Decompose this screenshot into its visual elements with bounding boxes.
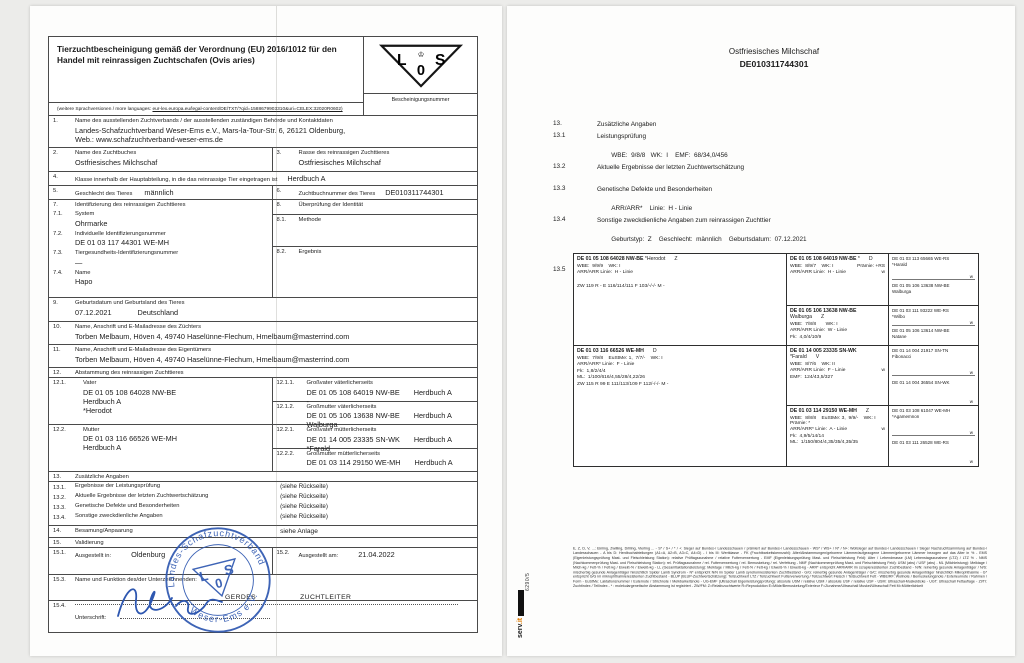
birth-type-code: Z bbox=[674, 256, 677, 262]
gp-premium: Prämie: +RS bbox=[857, 264, 885, 269]
r-field-13-1: 13.1 Leistungsprüfung WBE: 9/8/8 WK: I E… bbox=[553, 132, 989, 160]
field-number: 7.4. bbox=[49, 268, 75, 288]
birth-type-code: Z bbox=[866, 408, 869, 414]
servit-logo-text: serv bbox=[517, 624, 524, 638]
field-studbook-name: 2. Name des Zuchtbuches Ostfriesisches M… bbox=[49, 148, 272, 171]
handwritten-signature bbox=[112, 578, 242, 626]
field-number: 13. bbox=[553, 120, 597, 129]
field-issuer: 1. Name des ausstellenden Zuchtverbands … bbox=[49, 115, 477, 147]
gp-fk: Fk: 4,9/5/14/14 bbox=[790, 434, 824, 439]
issued-on-label: Ausgestellt am: bbox=[299, 553, 339, 559]
field-number: 8.2. bbox=[273, 247, 299, 296]
perf-test-label: Leistungsprüfung bbox=[597, 133, 646, 140]
breed-title: Ostfriesisches Milchschaf bbox=[533, 47, 1015, 56]
birth-country: Deutschland bbox=[138, 308, 179, 317]
issued-in-label: Ausgestellt in: bbox=[75, 553, 111, 559]
w-flag: w bbox=[881, 368, 885, 373]
ggp-cell: DE 01 05 106 13614 NW-BENatane bbox=[892, 326, 975, 344]
dam-performance-cell: DE 01 03 116 66526 WE-MHD WBE: 7/9/8 EuS… bbox=[574, 346, 786, 466]
gp-maternal-sire-cell: 12.2.1. Großvater mütterlicherseits DE 0… bbox=[273, 425, 477, 449]
field-number: 13.2 bbox=[553, 163, 597, 172]
breeder-label: Name, Anschrift und E-Mailadresse des Zü… bbox=[75, 324, 474, 330]
signatory-role: ZUCHTLEITER bbox=[300, 594, 351, 601]
gp-genotype: ARR/ARR Linie: W - Linie bbox=[790, 328, 847, 333]
gp-label: Großmutter mütterlicherseits bbox=[307, 451, 474, 457]
genetic-defects-value: ARR/ARR* Linie: H - Linie bbox=[611, 205, 692, 212]
gp-ml: ML: 1/150/804/4,35/35/4,35/35 bbox=[790, 440, 858, 445]
sire-performance-cell: DE 01 05 108 64028 NW-BE *HerodotZ WBE: … bbox=[574, 254, 786, 346]
perf-test-label: Ergebnisse der Leistungsprüfung bbox=[75, 483, 280, 491]
genetic-defects-label: Genetische Defekte und Besonderheiten bbox=[597, 186, 712, 193]
logo-letter-l: L bbox=[396, 52, 406, 69]
gp1-cell: DE 01 05 108 64019 NW-BE *D WBE: 8/9/7 W… bbox=[787, 254, 888, 306]
birth-label: Geburtsdatum und Geburtsland des Tieres bbox=[75, 300, 474, 306]
r-field-13: 13.Zusätzliche Angaben bbox=[553, 120, 989, 129]
field-number: 7. bbox=[49, 200, 75, 209]
gp-wbe: WBE: 8/7/6 WK: II bbox=[790, 362, 835, 367]
identity-check-block: 8. Überprüfung der Identität 8.1. Method… bbox=[272, 200, 477, 297]
field-number: 15.2. bbox=[273, 548, 299, 574]
ggp-name: *Wilbo bbox=[892, 314, 975, 319]
servit-logo: serv.it bbox=[517, 590, 524, 638]
sire-name: *Herodot bbox=[645, 256, 665, 262]
dam-id: DE 01 03 116 66526 WE-MH bbox=[577, 348, 644, 354]
field-number: 12. bbox=[49, 368, 75, 377]
servit-logo-suffix: .it bbox=[517, 618, 524, 624]
breeder-value: Torben Melbaum, Höven 4, 49740 Haselünne… bbox=[75, 332, 474, 341]
field-13-4: 13.4.Sonstige zweckdienliche Angaben(sie… bbox=[49, 512, 477, 522]
sire-id: DE 01 05 108 64028 NW-BE bbox=[83, 388, 269, 397]
sire-book: Herdbuch A bbox=[83, 397, 269, 406]
health-id-label: Tiergesundheits-Identifizierungsnummer bbox=[75, 250, 269, 256]
certificate-back-page: Ostfriesisches Milchschaf DE010311744301… bbox=[507, 6, 1015, 656]
loes-triangle-logo: L S ♔ 0 bbox=[377, 39, 465, 91]
dam-genotype: ARR/ARR* Linie: F - Linie bbox=[577, 362, 634, 367]
perf-test-value: WBE: 9/8/8 WK: I EMF: 68/34,0/456 bbox=[611, 152, 728, 159]
gp2-cell: DE 01 05 106 13638 NW-BE WalburgaZ WBE: … bbox=[787, 306, 888, 346]
ggp-id: DE 01 05 106 13638 NW-BE bbox=[892, 283, 975, 288]
gp-maternal-dam-cell: 12.2.2. Großmutter mütterlicherseits DE … bbox=[273, 449, 477, 472]
gp-paternal-sire-cell: 12.1.1. Großvater väterlicherseits DE 01… bbox=[273, 378, 477, 402]
studbook-no-label: Zuchtbuchnummer des Tieres bbox=[299, 191, 376, 197]
gp-name: *Farald bbox=[790, 354, 807, 360]
gp-label: Großvater väterlicherseits bbox=[307, 380, 474, 386]
gp-paternal-dam-cell: 12.1.2. Großmutter väterlicherseits DE 0… bbox=[273, 402, 477, 426]
method-label: Methode bbox=[299, 217, 474, 223]
field-owner: 11. Name, Anschrift und E-Mailadresse de… bbox=[49, 344, 477, 367]
field-birth: 9. Geburtsdatum und Geburtsland des Tier… bbox=[49, 297, 477, 321]
breed-value: Ostfriesisches Milchschaf bbox=[299, 158, 474, 167]
field-13-2: 13.2.Aktuelle Ergebnisse der letzten Zuc… bbox=[49, 492, 477, 502]
ggp-id: DE 01 03 108 61047 WE-MH bbox=[892, 408, 975, 413]
field-number: 4. bbox=[49, 172, 75, 185]
ggp-id: DE 01 14 004 36554 SN-WK bbox=[892, 380, 975, 385]
field-breeder: 10. Name, Anschrift und E-Mailadresse de… bbox=[49, 321, 477, 344]
servit-logo-bar bbox=[518, 590, 524, 616]
gp-genotype: ARR/ARR Linie: H - Linie bbox=[790, 270, 846, 275]
gp-id: DE 01 05 108 64019 NW-BE bbox=[790, 256, 857, 262]
health-id-value: — bbox=[75, 258, 269, 267]
ggp-cell: DE 01 03 111 93222 WE-RS*Wilbow bbox=[892, 308, 975, 326]
certificate-number-label: Bescheinigungsnummer bbox=[364, 93, 477, 109]
dam-ml: ML: 1/100/616/4,55/28/4,22/26 bbox=[577, 375, 645, 380]
sex-value: männlich bbox=[144, 188, 173, 197]
field-number: 15.1. bbox=[49, 548, 75, 574]
association-logo: L S ♔ 0 bbox=[364, 37, 477, 93]
field-number: 13.1. bbox=[49, 483, 75, 491]
gp-label: Großvater mütterlicherseits bbox=[307, 427, 474, 433]
field-number: 13.3 bbox=[553, 185, 597, 213]
breeding-value-label: Aktuelle Ergebnisse der letzten Zuchtwer… bbox=[597, 163, 989, 172]
owner-label: Name, Anschrift und E-Mailadresse des Ei… bbox=[75, 347, 474, 353]
gp-name: * bbox=[858, 256, 860, 262]
dam-id: DE 01 03 116 66526 WE-MH bbox=[83, 434, 269, 443]
identification-block: 7. Identifizierung des reinrassigen Zuch… bbox=[49, 200, 272, 297]
ggp-cell: DE 01 14 004 36554 SN-WKw bbox=[892, 376, 975, 404]
field-number: 14. bbox=[49, 526, 75, 537]
owner-value: Torben Melbaum, Höven 4, 49740 Haselünne… bbox=[75, 355, 474, 364]
dam-cell: 12.2. Mutter DE 01 03 116 66526 WE-MH He… bbox=[49, 425, 272, 472]
ggp-cell: DE 01 14 004 21917 SN-TNFibonacciw bbox=[892, 348, 975, 376]
see-reverse: (siehe Rückseite) bbox=[280, 493, 477, 501]
class-label: Klasse innerhalb der Hauptabteilung, in … bbox=[75, 177, 277, 183]
sire-id: DE 01 05 108 64028 NW-BE bbox=[577, 256, 644, 262]
animal-name-value: Hapo bbox=[75, 277, 269, 286]
ggp-name: *Harald bbox=[892, 262, 975, 267]
ggp-name: Natane bbox=[892, 334, 975, 339]
sire-label: Vater bbox=[83, 380, 269, 386]
additional-info-header: 13. Zusätzliche Angaben bbox=[49, 471, 477, 481]
gp-genotype: ARR/ARR Linie: F - Linie bbox=[790, 368, 845, 373]
field-number: 11. bbox=[49, 345, 75, 367]
identification-label: Identifizierung des reinrassigen Zuchtti… bbox=[75, 202, 269, 208]
field-number: 15.4. bbox=[49, 601, 75, 632]
field-number: 12.2. bbox=[49, 425, 83, 472]
other-info-label: Sonstige zweckdienliche Angaben zum rein… bbox=[597, 217, 771, 224]
w-flag: w bbox=[970, 320, 973, 325]
w-flag: w bbox=[970, 430, 973, 435]
ggp-name: Fibonacci bbox=[892, 354, 975, 359]
animal-number: DE010311744301 bbox=[533, 59, 1015, 69]
field-number: 13.2. bbox=[49, 493, 75, 501]
sire-name: *Herodot bbox=[83, 406, 269, 415]
gp-emf: EMF: 124/43,5/327 bbox=[790, 375, 833, 380]
ggp-id: DE 01 03 113 65665 WE-RS bbox=[892, 256, 975, 261]
pedigree-header: 12. Abstammung des reinrassigen Zuchttie… bbox=[49, 367, 477, 377]
ggp-id: DE 01 03 111 93222 WE-RS bbox=[892, 308, 975, 313]
issuer-line1: Landes-Schafzuchtverband Weser-Ems e.V.,… bbox=[75, 126, 474, 135]
signature-label: Unterschrift: bbox=[75, 615, 106, 621]
additional-info-label: Zusätzliche Angaben bbox=[75, 474, 474, 480]
gp-book: Herdbuch A bbox=[415, 458, 453, 467]
studbook-label: Name des Zuchtbuches bbox=[75, 150, 269, 156]
gp-wbe: WBE: 8/9/7 WK: I bbox=[790, 264, 833, 269]
gp-book: Herdbuch A bbox=[414, 411, 452, 420]
system-value: Ohrmarke bbox=[75, 219, 269, 228]
dam-book: Herdbuch A bbox=[83, 443, 269, 452]
field-number: 7.3. bbox=[49, 248, 75, 268]
w-flag: w bbox=[970, 399, 973, 404]
field-number: 12.2.2. bbox=[273, 449, 307, 472]
issued-on-value: 21.04.2022 bbox=[358, 550, 395, 559]
dam-label: Mutter bbox=[83, 427, 269, 433]
id-number-label: Individuelle Identifizierungsnummer bbox=[75, 231, 269, 237]
w-flag: w bbox=[970, 370, 973, 375]
gp-id: DE 01 03 114 29150 WE-MH bbox=[307, 458, 401, 467]
studbook-no-value: DE010311744301 bbox=[385, 188, 443, 197]
gp4-cell: DE 01 03 114 29150 WE-MHZ WBE: 8/8/8 EuS… bbox=[787, 406, 888, 466]
breed-label: Rasse des reinrassigen Zuchttieres bbox=[299, 150, 474, 156]
field-number: 12.2.1. bbox=[273, 425, 307, 448]
gp-id: DE 01 05 108 64019 NW-BE bbox=[307, 388, 400, 397]
legend-text: E, Z, D, V, ...: Einling, Zwilling, Dril… bbox=[573, 547, 987, 590]
form-number: 6290/5 bbox=[525, 573, 531, 591]
field-number: 9. bbox=[49, 298, 75, 321]
birth-type-code: Z bbox=[821, 314, 824, 320]
ggp-name: Walburga bbox=[892, 289, 975, 294]
certificate-front-page: Tierzuchtbescheinigung gemäß der Verordn… bbox=[30, 6, 502, 656]
w-flag: w bbox=[881, 427, 885, 432]
birth-type-code: D bbox=[653, 348, 657, 354]
field-number: 2. bbox=[49, 148, 75, 171]
birth-type-code: D bbox=[869, 256, 873, 262]
field-number: 1. bbox=[49, 116, 75, 147]
other-info-line1: Geburtstyp: Z Geschlecht: männlich Gebur… bbox=[611, 236, 806, 243]
gp-wbe: WBE: 7/8/8 WK: I bbox=[790, 322, 838, 327]
ggp-cell: DE 01 03 113 65665 WE-RS*Haraldw bbox=[892, 256, 975, 280]
breeding-value-label: Aktuelle Ergebnisse der letzten Zuchtwer… bbox=[75, 493, 280, 501]
id-number-value: DE 01 03 117 44301 WE-MH bbox=[75, 238, 269, 247]
genetic-defects-label: Genetische Defekte und Besonderheiten bbox=[75, 503, 280, 511]
ggp-id: DE 01 03 111 26528 WE-RS bbox=[892, 440, 975, 445]
issuer-line2: Web.: www.schafzuchtverband-weser-ems.de bbox=[75, 135, 474, 144]
birth-date: 07.12.2021 bbox=[75, 308, 112, 317]
insemination-value: siehe Anlage bbox=[280, 526, 477, 537]
gp-wbe: WBE: 8/8/8 EuStMe: 3, 9/9/- WK: I Prämie… bbox=[790, 416, 885, 426]
sire-genotype: ARR/ARR Linie: H - Linie bbox=[577, 270, 633, 275]
field-number: 12.1.2. bbox=[273, 402, 307, 425]
field-number: 13.4. bbox=[49, 513, 75, 521]
field-number: 15. bbox=[49, 538, 75, 547]
see-reverse: (siehe Rückseite) bbox=[280, 503, 477, 511]
dam-wbe: WBE: 7/9/8 EuStMe: 1, 7/7/- WK: I bbox=[577, 356, 663, 361]
gp-fk: Fk: 4,0/4/10/9 bbox=[790, 335, 821, 340]
system-label: System bbox=[75, 211, 269, 217]
result-label: Ergebnis bbox=[299, 249, 474, 255]
ggp-cell: DE 01 03 111 26528 WE-RSw bbox=[892, 436, 975, 464]
ggp-name: *Agamemnon bbox=[892, 414, 975, 419]
birth-type-code: V bbox=[816, 354, 819, 360]
r-field-13-3: 13.3 Genetische Defekte und Besonderheit… bbox=[553, 185, 989, 213]
field-studbook-number: 6. Zuchtbuchnummer des Tieres DE01031174… bbox=[272, 186, 477, 199]
gp-id: DE 01 14 005 23335 SN-WK bbox=[307, 435, 400, 444]
field-class: 4. Klasse innerhalb der Hauptabteilung, … bbox=[49, 171, 477, 185]
issuer-label: Name des ausstellenden Zuchtverbands / d… bbox=[75, 118, 474, 124]
w-flag: w bbox=[970, 274, 973, 279]
gp-genotype: ARR/ARR* Linie: A - Linie bbox=[790, 427, 847, 432]
field-number: 7.1. bbox=[49, 209, 75, 229]
ggp-id: DE 01 14 004 21917 SN-TN bbox=[892, 348, 975, 353]
field-number: 10. bbox=[49, 322, 75, 344]
field-number: 8. bbox=[273, 200, 299, 214]
field-number: 12.1. bbox=[49, 378, 83, 424]
field-number: 12.1.1. bbox=[273, 378, 307, 401]
additional-info-label: Zusätzliche Angaben bbox=[597, 120, 989, 129]
ggp-cell: DE 01 05 106 13638 NW-BEWalburga bbox=[892, 280, 975, 304]
field-number: 5. bbox=[49, 186, 75, 199]
gp-book: Herdbuch A bbox=[414, 435, 452, 444]
sire-breeding-values: ZW 119 R - E 116/114/111 F 103/-/-/- M - bbox=[577, 284, 665, 289]
r-field-13-2: 13.2Aktuelle Ergebnisse der letzten Zuch… bbox=[553, 163, 989, 172]
gp3-cell: DE 01 14 005 23335 SN-WK *FaraldV WBE: 8… bbox=[787, 346, 888, 406]
language-note: (weitere Sprachversionen / more language… bbox=[49, 102, 363, 115]
field-issued-on: 15.2. Ausgestellt am: 21.04.2022 bbox=[272, 548, 477, 574]
dam-breeding-values: ZW 115 R 99 E 111/113/109 F 112/-/-/- M … bbox=[577, 382, 668, 387]
w-flag: w bbox=[970, 459, 973, 464]
field-number: 13. bbox=[49, 472, 75, 481]
pedigree-performance-table: DE 01 05 108 64028 NW-BE *HerodotZ WBE: … bbox=[573, 253, 979, 467]
gp-id: DE 01 03 114 29150 WE-MH bbox=[790, 408, 857, 414]
studbook-value: Ostfriesisches Milchschaf bbox=[75, 158, 269, 167]
identity-check-label: Überprüfung der Identität bbox=[299, 202, 474, 208]
pedigree-label: Abstammung des reinrassigen Zuchttieres bbox=[75, 370, 474, 376]
field-13-3: 13.3.Genetische Defekte und Besonderheit… bbox=[49, 502, 477, 512]
sire-wbe: WBE: 9/9/9 WK: I bbox=[577, 264, 620, 269]
field-breed: 3. Rasse des reinrassigen Zuchttieres Os… bbox=[272, 148, 477, 171]
class-value: Herdbuch A bbox=[287, 174, 325, 183]
sex-label: Geschlecht des Tieres bbox=[75, 191, 132, 197]
ggp-id: DE 01 05 106 13614 NW-BE bbox=[892, 328, 975, 333]
logo-letter-s: S bbox=[435, 52, 445, 69]
field-number: 13.1 bbox=[553, 132, 597, 160]
validation-label: Validierung bbox=[75, 540, 474, 546]
field-number: 13.3. bbox=[49, 503, 75, 511]
gp-label: Großmutter väterlicherseits bbox=[307, 404, 474, 410]
animal-name-label: Name bbox=[75, 270, 269, 276]
field-number: 8.1. bbox=[273, 215, 299, 246]
ggp-cell: DE 01 03 108 61047 WE-MH*Agamemnonw bbox=[892, 408, 975, 436]
abbreviation-legend: E, Z, D, V, ...: Einling, Zwilling, Dril… bbox=[573, 547, 987, 619]
gp-name: Walburga bbox=[790, 314, 812, 320]
field-number: 7.2. bbox=[49, 229, 75, 249]
eur-lex-link: eur-lex.europa.eu/legal-content/DE/TXT/?… bbox=[152, 107, 342, 112]
gp-book: Herdbuch A bbox=[414, 388, 452, 397]
w-flag: w bbox=[881, 270, 885, 275]
field-number: 15.3. bbox=[49, 575, 75, 600]
see-reverse: (siehe Rückseite) bbox=[280, 513, 477, 521]
form-header: Tierzuchtbescheinigung gemäß der Verordn… bbox=[49, 37, 477, 115]
logo-crown-icon: ♔ bbox=[417, 50, 424, 59]
field-sex: 5. Geschlecht des Tieres männlich bbox=[49, 186, 272, 199]
field-13-1: 13.1.Ergebnisse der Leistungsprüfung(sie… bbox=[49, 482, 477, 492]
document-title: Tierzuchtbescheinigung gemäß der Verordn… bbox=[49, 37, 363, 66]
gp-id: DE 01 05 106 13638 NW-BE bbox=[307, 411, 400, 420]
field-number: 3. bbox=[273, 148, 299, 171]
logo-letter-o: 0 bbox=[416, 63, 424, 79]
dam-fk: Fk: 1,8/2/4/4 bbox=[577, 369, 606, 374]
see-reverse: (siehe Rückseite) bbox=[280, 483, 477, 491]
field-number: 6. bbox=[273, 186, 299, 199]
sire-cell: 12.1. Vater DE 01 05 108 64028 NW-BE Her… bbox=[49, 378, 272, 425]
language-note-text: (weitere Sprachversionen / more language… bbox=[57, 107, 152, 112]
